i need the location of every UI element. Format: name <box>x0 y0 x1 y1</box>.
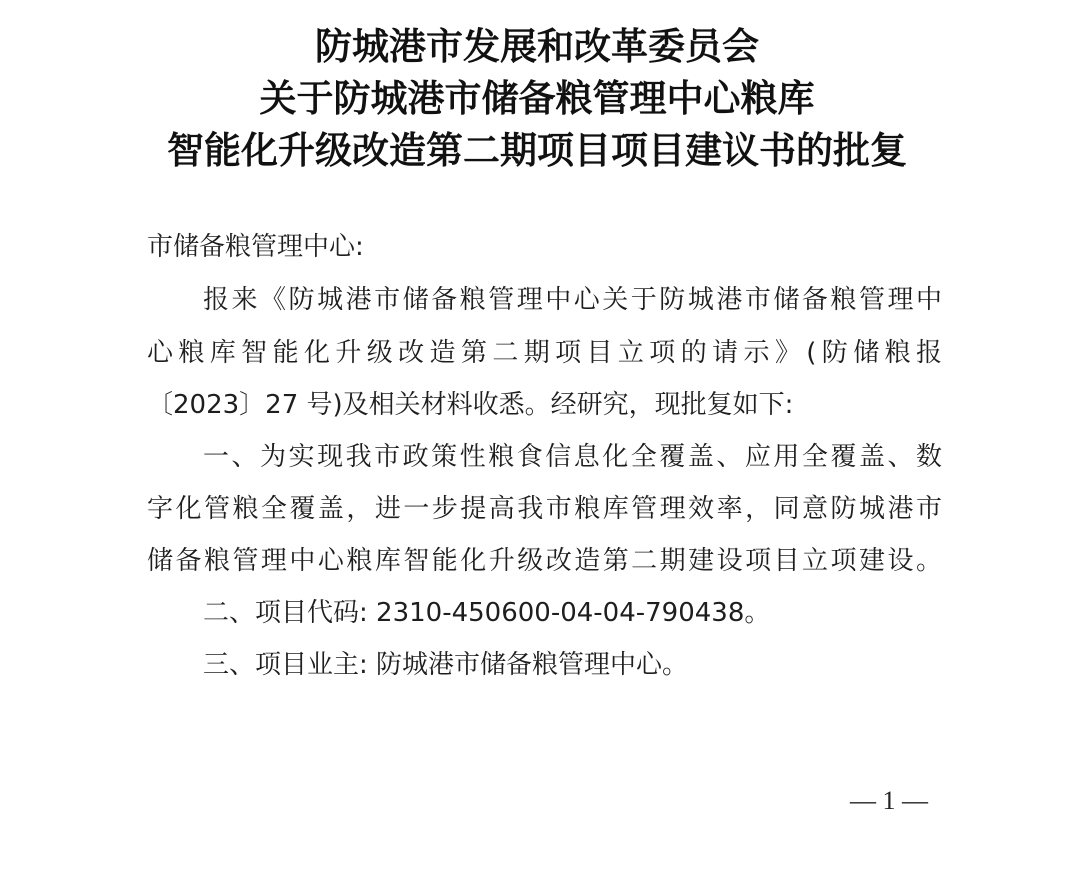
body-paragraph-1-line-3: 〔2023〕27 号)及相关材料收悉。经研究，现批复如下: <box>147 388 793 422</box>
page-number: — 1 — <box>850 786 928 816</box>
document-title-subject-line-2: 智能化升级改造第二期项目项目建议书的批复 <box>0 128 1074 172</box>
item-one-line-1: 一、为实现我市政策性粮食信息化全覆盖、应用全覆盖、数 <box>203 440 942 474</box>
document-title-issuer: 防城港市发展和改革委员会 <box>0 24 1074 68</box>
body-paragraph-1-line-2: 心粮库智能化升级改造第二期项目立项的请示》(防储粮报 <box>147 336 942 370</box>
body-paragraph-1-line-1: 报来《防城港市储备粮管理中心关于防城港市储备粮管理中 <box>203 283 942 317</box>
document-title-subject-line-1: 关于防城港市储备粮管理中心粮库 <box>0 76 1074 120</box>
recipient-line: 市储备粮管理中心: <box>147 230 364 264</box>
item-three-project-owner: 三、项目业主: 防城港市储备粮管理中心。 <box>203 648 688 682</box>
item-one-line-3: 储备粮管理中心粮库智能化升级改造第二期建设项目立项建设。 <box>147 544 942 578</box>
item-two-project-code: 二、项目代码: 2310-450600-04-04-790438。 <box>203 596 770 630</box>
item-one-line-2: 字化管粮全覆盖，进一步提高我市粮库管理效率，同意防城港市 <box>147 492 942 526</box>
